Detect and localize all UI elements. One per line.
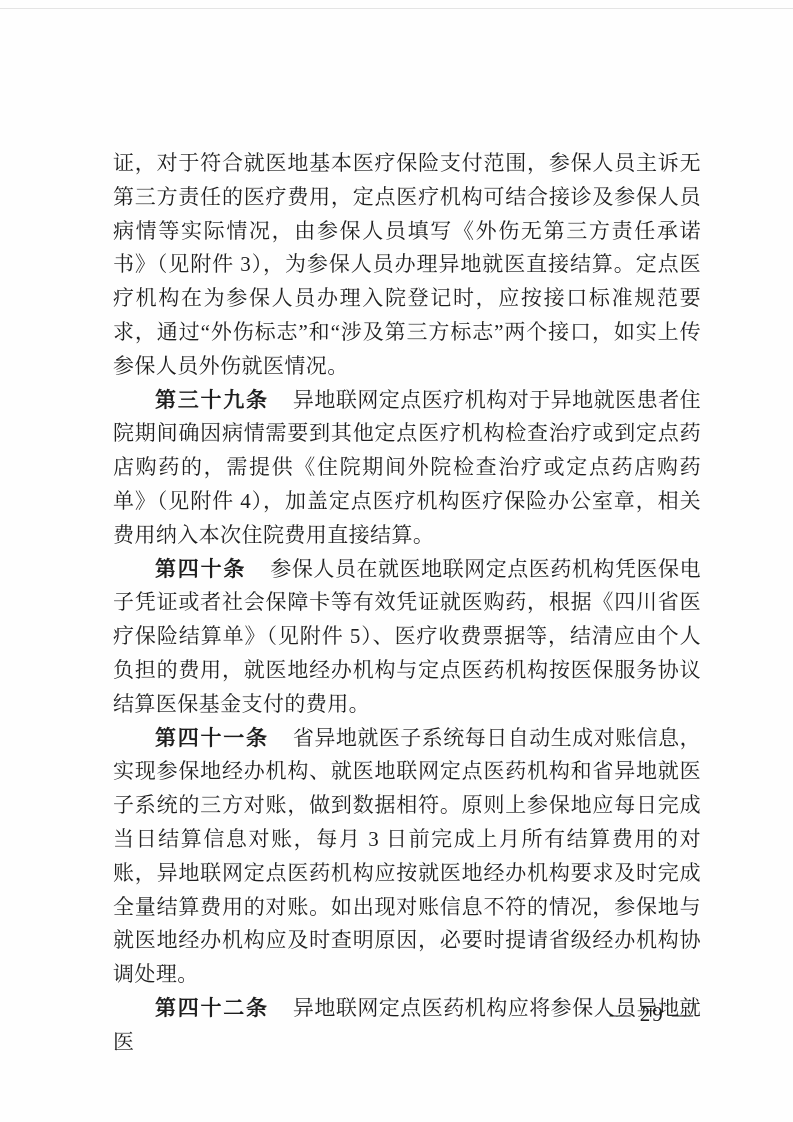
article-42-heading: 第四十二条	[155, 997, 269, 1020]
paragraph-text: 省异地就医子系统每日自动生成对账信息，实现参保地经办机构、就医地联网定点医药机构…	[113, 726, 701, 987]
article-39-heading: 第三十九条	[155, 389, 269, 412]
article-40-heading: 第四十条	[155, 558, 246, 581]
article-41-heading: 第四十一条	[155, 727, 269, 750]
page-number: — 29 —	[610, 1002, 696, 1027]
paragraph-article-40: 第四十条参保人员在就医地联网定点医药机构凭医保电子凭证或者社会保障卡等有效凭证就…	[113, 553, 701, 722]
scan-artifact-line	[0, 8, 793, 9]
document-page: 证，对于符合就医地基本医疗保险支付范围，参保人员主诉无第三方责任的医疗费用，定点…	[0, 0, 793, 1122]
paragraph-article-41: 第四十一条省异地就医子系统每日自动生成对账信息，实现参保地经办机构、就医地联网定…	[113, 722, 701, 992]
paragraph-continuation: 证，对于符合就医地基本医疗保险支付范围，参保人员主诉无第三方责任的医疗费用，定点…	[113, 147, 701, 384]
paragraph-article-39: 第三十九条异地联网定点医疗机构对于异地就医患者住院期间确因病情需要到其他定点医疗…	[113, 384, 701, 553]
paragraph-text: 证，对于符合就医地基本医疗保险支付范围，参保人员主诉无第三方责任的医疗费用，定点…	[113, 151, 701, 378]
document-body: 证，对于符合就医地基本医疗保险支付范围，参保人员主诉无第三方责任的医疗费用，定点…	[113, 147, 701, 1060]
